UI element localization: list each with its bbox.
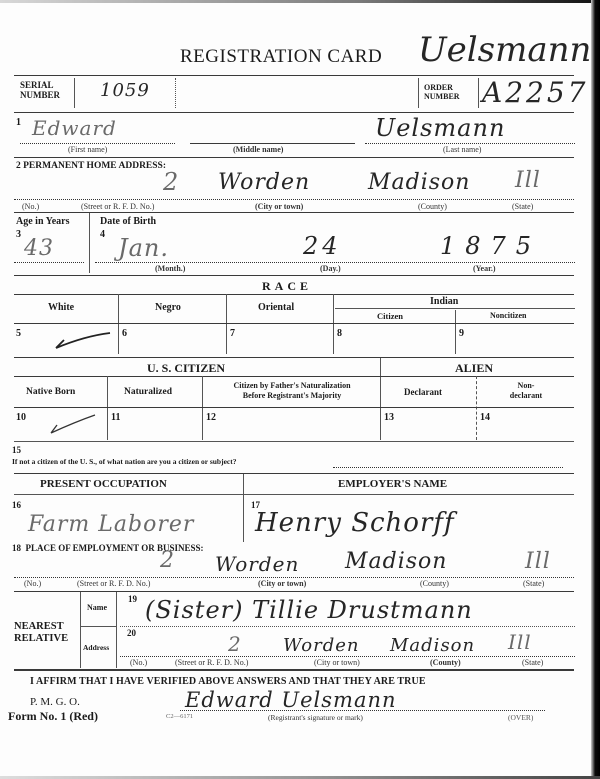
signature-caption: (Registrant's signature or mark) [268, 713, 363, 722]
form-number-label: Form No. 1 (Red) [8, 709, 98, 724]
order-number-field: A2257 [482, 76, 588, 109]
last-name-line [365, 143, 575, 144]
nearest-relative-label: NEAREST RELATIVE [14, 621, 68, 645]
pmgo-label: P. M. G. O. [30, 696, 80, 708]
divider [14, 275, 574, 276]
divider [14, 494, 574, 495]
field-number-2: 2 [16, 161, 21, 171]
relative-address-line [120, 656, 575, 657]
divider [80, 592, 81, 668]
divider [14, 407, 574, 408]
field-number-19: 19 [128, 594, 137, 604]
nearest-relative-line2: RELATIVE [14, 633, 68, 645]
home-address-caption-state: (State) [512, 202, 533, 211]
birth-caption-day: (Day.) [320, 264, 341, 273]
first-name-caption: (First name) [68, 145, 107, 154]
divider [476, 376, 477, 440]
card-top-edge [0, 0, 600, 3]
divider [14, 669, 574, 671]
field-number-16: 16 [12, 500, 21, 510]
divider [418, 78, 419, 108]
non-declarant-line2: declarant [496, 391, 556, 401]
divider [118, 294, 119, 354]
us-citizen-title: U. S. CITIZEN [147, 361, 225, 376]
birth-caption-month: (Month.) [155, 264, 185, 273]
occupation-field: Farm Laborer [28, 512, 194, 537]
race-negro-label: Negro [155, 302, 181, 313]
divider [243, 474, 244, 542]
relative-address-no: 2 [228, 632, 242, 656]
relative-caption-state: (State) [522, 658, 543, 667]
surname-annotation: Uelsmann [418, 30, 591, 70]
home-address-label-text: PERMANENT HOME ADDRESS: [23, 161, 166, 171]
field-number-8: 8 [337, 328, 342, 339]
employment-caption-no: (No.) [24, 579, 41, 588]
order-label-line2: NUMBER [424, 92, 460, 101]
race-indian-noncitizen-label: Noncitizen [490, 311, 526, 320]
relative-caption-street: (Street or R. F. D. No.) [175, 658, 248, 667]
checkmark-icon [45, 412, 97, 436]
birth-day-field: 24 [303, 232, 342, 260]
field-number-11: 11 [111, 412, 120, 423]
relative-address-state: Ill [508, 630, 532, 654]
last-name-caption: (Last name) [443, 145, 481, 154]
affirmation-text: I AFFIRM THAT I HAVE VERIFIED ABOVE ANSW… [30, 676, 426, 687]
divider [14, 591, 574, 592]
home-address-label: 2 PERMANENT HOME ADDRESS: [16, 161, 166, 171]
non-declarant-line1: Non- [496, 381, 556, 391]
field-number-13: 13 [384, 412, 394, 423]
registration-card: REGISTRATION CARD Uelsmann SERIAL NUMBER… [0, 0, 600, 779]
age-field: 43 [24, 236, 54, 261]
employment-county: Madison [345, 549, 447, 574]
home-address-caption-city: (City or town) [255, 202, 303, 211]
relative-caption-city: (City or town) [314, 658, 360, 667]
fathers-naturalization-line2: Before Registrant's Majority [216, 391, 368, 401]
race-indian-label: Indian [430, 296, 458, 307]
relative-name-line [120, 626, 575, 627]
field-number-3: 3 [16, 229, 21, 240]
field-number-1: 1 [16, 117, 21, 128]
home-address-caption-county: (County) [418, 202, 447, 211]
employment-line [14, 577, 574, 578]
home-address-caption-no: (No.) [22, 202, 39, 211]
field-number-15: 15 [12, 445, 21, 455]
divider [89, 213, 90, 273]
divider [14, 212, 574, 213]
divider [226, 294, 227, 354]
divider [455, 310, 456, 354]
race-oriental-label: Oriental [258, 302, 294, 313]
field-number-14: 14 [480, 412, 490, 423]
nation-question: If not a citizen of the U. S., of what n… [12, 457, 237, 466]
employment-caption-county: (County) [420, 579, 449, 588]
occupation-title: PRESENT OCCUPATION [40, 478, 167, 490]
divider [14, 157, 574, 158]
card-right-edge [591, 0, 600, 779]
nearest-relative-line1: NEAREST [14, 621, 68, 633]
non-declarant-label: Non- declarant [496, 381, 556, 401]
employment-caption-city: (City or town) [258, 579, 306, 588]
divider [14, 357, 574, 358]
divider [335, 308, 575, 309]
home-address-line [14, 199, 574, 200]
divider [478, 78, 479, 108]
checkmark-icon [50, 330, 112, 352]
print-code: C2—6171 [166, 713, 193, 720]
divider [80, 626, 116, 627]
order-label-line1: ORDER [424, 83, 460, 92]
employment-state: Ill [525, 549, 551, 574]
alien-title: ALIEN [455, 361, 493, 376]
divider [380, 358, 381, 440]
divider [14, 294, 574, 295]
field-number-5: 5 [16, 328, 21, 339]
first-name-line [20, 143, 175, 144]
last-name-field: Uelsmann [375, 114, 505, 142]
field-number-7: 7 [230, 328, 235, 339]
serial-number-field: 1059 [100, 80, 150, 101]
home-address-no: 2 [163, 168, 179, 196]
birth-label: Date of Birth [100, 216, 156, 227]
birth-caption-year: (Year.) [473, 264, 496, 273]
nation-answer-line [333, 467, 563, 468]
employer-field: Henry Schorff [255, 508, 455, 538]
home-address-state: Ill [515, 168, 541, 193]
relative-address-label: Address [83, 643, 109, 652]
fathers-naturalization-label: Citizen by Father's Naturalization Befor… [216, 381, 368, 401]
relative-address-city: Worden [283, 635, 360, 656]
employment-no: 2 [160, 548, 175, 573]
field-number-4: 4 [100, 229, 105, 240]
age-label: Age in Years [16, 216, 70, 227]
signature-line [180, 710, 545, 711]
place-of-employment-label-text: PLACE OF EMPLOYMENT OR BUSINESS: [26, 543, 204, 553]
employer-title: EMPLOYER'S NAME [338, 478, 447, 490]
serial-label-line2: NUMBER [20, 90, 60, 100]
field-number-6: 6 [122, 328, 127, 339]
divider [116, 592, 117, 668]
birth-month-field: Jan. [118, 234, 169, 262]
divider [74, 78, 75, 108]
divider [14, 441, 574, 442]
relative-address-county: Madison [390, 635, 475, 656]
fathers-naturalization-line1: Citizen by Father's Naturalization [216, 381, 368, 391]
divider [175, 78, 176, 108]
serial-label: SERIAL NUMBER [20, 80, 60, 100]
home-address-county: Madison [368, 170, 470, 195]
race-indian-citizen-label: Citizen [377, 311, 403, 321]
over-label: (OVER) [508, 713, 533, 722]
employment-caption-state: (State) [523, 579, 544, 588]
employment-city: Worden [215, 552, 299, 576]
birth-line [95, 262, 575, 263]
divider [14, 323, 574, 324]
race-white-label: White [48, 302, 74, 313]
divider [14, 112, 574, 113]
race-title: RACE [262, 279, 312, 294]
home-address-caption-street: (Street or R. F. D. No.) [81, 202, 154, 211]
middle-name-line [190, 143, 355, 144]
field-number-20: 20 [127, 628, 136, 638]
order-label: ORDER NUMBER [424, 83, 460, 101]
serial-label-line1: SERIAL [20, 80, 60, 90]
naturalized-label: Naturalized [124, 387, 172, 397]
employment-caption-street: (Street or R. F. D. No.) [77, 579, 150, 588]
first-name-field: Edward [32, 116, 117, 140]
divider [333, 294, 334, 354]
divider [14, 376, 574, 377]
field-number-9: 9 [459, 328, 464, 339]
divider [14, 473, 574, 474]
middle-name-caption: (Middle name) [233, 145, 283, 154]
declarant-label: Declarant [404, 387, 442, 397]
relative-caption-no: (No.) [130, 658, 147, 667]
field-number-10: 10 [16, 412, 26, 423]
card-title: REGISTRATION CARD [180, 46, 382, 68]
home-address-city: Worden [218, 170, 310, 195]
birth-year-field: 1875 [440, 232, 541, 260]
field-number-12: 12 [206, 412, 216, 423]
relative-name-field: (Sister) Tillie Drustmann [145, 596, 473, 624]
age-line [14, 262, 84, 263]
registrant-signature: Edward Uelsmann [185, 688, 397, 712]
divider [107, 376, 108, 440]
divider [202, 376, 203, 440]
native-born-label: Native Born [26, 387, 75, 397]
field-number-18: 18 [12, 543, 21, 553]
relative-name-label: Name [87, 603, 107, 612]
relative-caption-county: (County) [430, 658, 461, 667]
